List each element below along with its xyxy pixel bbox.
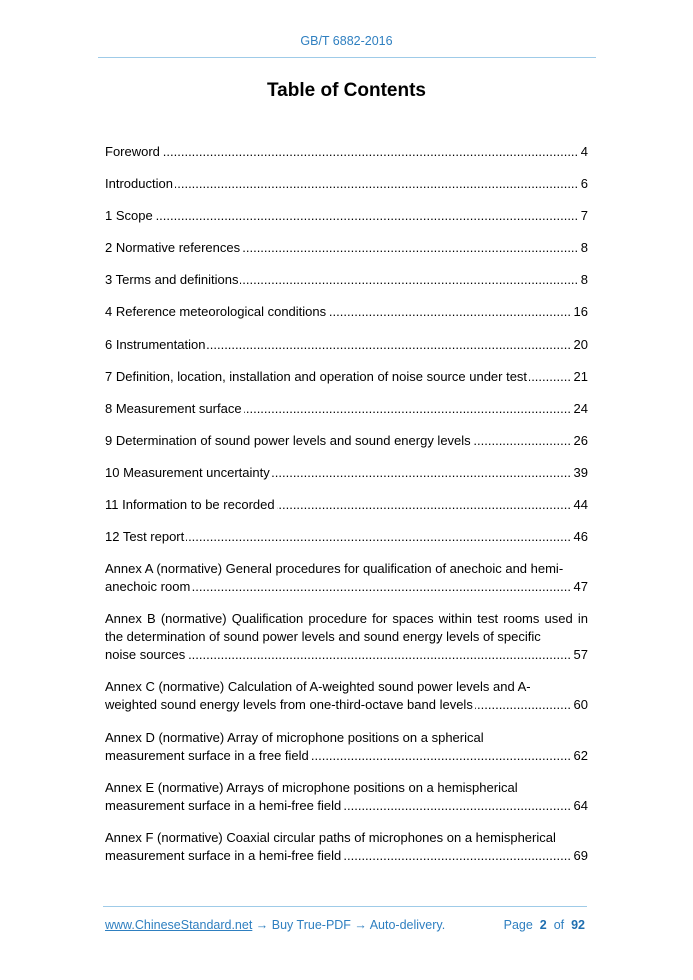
- toc-entry-label-tail[interactable]: measurement surface in a free field: [105, 748, 311, 763]
- toc-entry-annex-d[interactable]: Annex D (normative) Array of microphone …: [105, 729, 588, 765]
- toc-entry-page[interactable]: 16: [572, 303, 588, 321]
- current-page-number: 2: [540, 918, 547, 932]
- toc-entry[interactable]: 11 Information to be recorded44: [105, 496, 588, 514]
- toc-entry-page[interactable]: 44: [572, 496, 588, 514]
- toc-entry-label[interactable]: 8 Measurement surface: [105, 401, 244, 416]
- toc-entry[interactable]: Introduction6: [105, 175, 588, 193]
- toc-entry[interactable]: 7 Definition, location, installation and…: [105, 368, 588, 386]
- toc-entry-label[interactable]: Annex E (normative) Arrays of microphone…: [105, 779, 588, 797]
- toc-entry-label[interactable]: 6 Instrumentation: [105, 337, 207, 352]
- toc-entry-page[interactable]: 69: [572, 847, 588, 865]
- toc-entry-page[interactable]: 47: [572, 578, 588, 596]
- toc-entry-annex-e[interactable]: Annex E (normative) Arrays of microphone…: [105, 779, 588, 815]
- page-title: Table of Contents: [0, 80, 693, 102]
- toc-entry-label[interactable]: 9 Determination of sound power levels an…: [105, 433, 473, 448]
- toc-entry-page[interactable]: 21: [572, 368, 588, 386]
- total-page-count: 92: [571, 918, 585, 932]
- toc-entry-page[interactable]: 8: [579, 271, 588, 289]
- toc-entry-annex-a[interactable]: Annex A (normative) General procedures f…: [105, 560, 588, 596]
- toc-entry[interactable]: 9 Determination of sound power levels an…: [105, 432, 588, 450]
- toc-entry-label[interactable]: Annex D (normative) Array of microphone …: [105, 729, 588, 747]
- toc-entry-label[interactable]: 7 Definition, location, installation and…: [105, 369, 529, 384]
- toc-entry-label[interactable]: Annex C (normative) Calculation of A-wei…: [105, 678, 588, 696]
- toc-entry-page[interactable]: 6: [579, 175, 588, 193]
- toc-entry-page[interactable]: 39: [572, 464, 588, 482]
- dot-leader: [105, 175, 588, 193]
- toc-entry-label[interactable]: 2 Normative references: [105, 240, 242, 255]
- toc-entry-label[interactable]: Annex B (normative) Qualification proced…: [105, 610, 588, 646]
- toc-entry-page[interactable]: 20: [572, 336, 588, 354]
- toc-entry-page[interactable]: 46: [572, 528, 588, 546]
- toc-entry-label[interactable]: 4 Reference meteorological conditions: [105, 304, 328, 319]
- toc-entry-label[interactable]: 1 Scope: [105, 208, 155, 223]
- toc-entry[interactable]: 4 Reference meteorological conditions16: [105, 303, 588, 321]
- toc-entry-label[interactable]: Introduction: [105, 176, 175, 191]
- toc-entry-page[interactable]: 4: [579, 143, 588, 161]
- toc-entry-label[interactable]: Annex F (normative) Coaxial circular pat…: [105, 829, 588, 847]
- footer-divider: [103, 906, 587, 907]
- toc-entry-page[interactable]: 60: [572, 696, 588, 714]
- toc-entry[interactable]: Foreword4: [105, 143, 588, 161]
- table-of-contents: Foreword4 Introduction6 1 Scope7 2 Norma…: [105, 143, 588, 879]
- toc-entry-page[interactable]: 62: [572, 747, 588, 765]
- toc-entry-label[interactable]: 10 Measurement uncertainty: [105, 465, 272, 480]
- document-standard-id: GB/T 6882-2016: [0, 34, 693, 48]
- toc-entry-annex-b[interactable]: Annex B (normative) Qualification proced…: [105, 610, 588, 664]
- toc-entry-label-tail[interactable]: anechoic room: [105, 579, 192, 594]
- toc-entry[interactable]: 10 Measurement uncertainty39: [105, 464, 588, 482]
- toc-entry-page[interactable]: 64: [572, 797, 588, 815]
- toc-entry-label-tail[interactable]: measurement surface in a hemi-free field: [105, 848, 343, 863]
- toc-entry-page[interactable]: 24: [572, 400, 588, 418]
- toc-entry-label[interactable]: Foreword: [105, 144, 162, 159]
- footer-tagline: → Buy True-PDF → Auto-delivery.: [252, 918, 445, 932]
- toc-entry[interactable]: 12 Test report46: [105, 528, 588, 546]
- toc-entry-page[interactable]: 8: [579, 239, 588, 257]
- header-divider: [98, 57, 596, 58]
- toc-entry-label[interactable]: 11 Information to be recorded: [105, 497, 277, 512]
- toc-entry-annex-f[interactable]: Annex F (normative) Coaxial circular pat…: [105, 829, 588, 865]
- website-link[interactable]: www.ChineseStandard.net: [105, 918, 252, 932]
- toc-entry[interactable]: 1 Scope7: [105, 207, 588, 225]
- toc-entry-label-tail[interactable]: noise sources: [105, 647, 187, 662]
- page-word: Page: [504, 918, 533, 932]
- toc-entry-label[interactable]: Annex A (normative) General procedures f…: [105, 560, 588, 578]
- toc-entry[interactable]: 2 Normative references8: [105, 239, 588, 257]
- toc-entry-page[interactable]: 7: [579, 207, 588, 225]
- toc-entry-page[interactable]: 57: [572, 646, 588, 664]
- of-word: of: [554, 918, 564, 932]
- toc-entry[interactable]: 6 Instrumentation20: [105, 336, 588, 354]
- toc-entry[interactable]: 3 Terms and definitions8: [105, 271, 588, 289]
- toc-entry[interactable]: 8 Measurement surface24: [105, 400, 588, 418]
- toc-entry-label[interactable]: 3 Terms and definitions: [105, 272, 240, 287]
- page-indicator: Page 2 of 92: [504, 918, 585, 932]
- toc-entry-label-tail[interactable]: weighted sound energy levels from one-th…: [105, 697, 475, 712]
- toc-entry-page[interactable]: 26: [572, 432, 588, 450]
- toc-entry-label[interactable]: 12 Test report: [105, 529, 186, 544]
- page-footer: www.ChineseStandard.net → Buy True-PDF →…: [105, 918, 585, 932]
- dot-leader: [105, 143, 588, 161]
- dot-leader: [105, 207, 588, 225]
- toc-entry-label-tail[interactable]: measurement surface in a hemi-free field: [105, 798, 343, 813]
- toc-entry-annex-c[interactable]: Annex C (normative) Calculation of A-wei…: [105, 678, 588, 714]
